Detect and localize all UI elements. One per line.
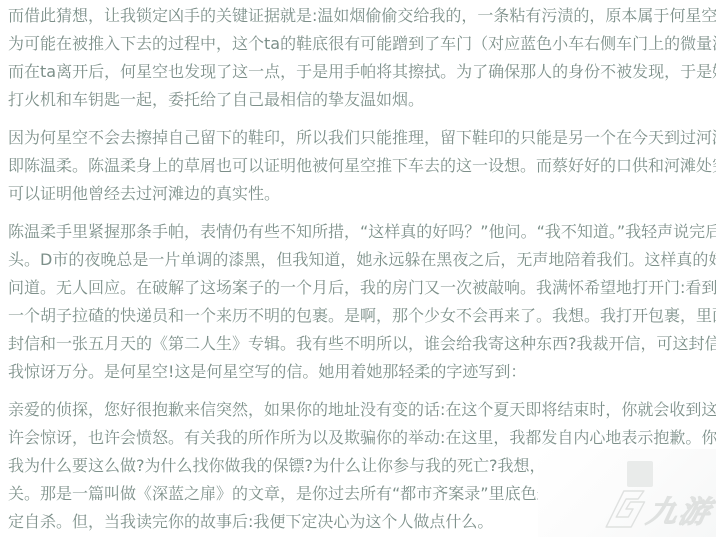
text-line: 可以证明他曾经去过河滩边的真实性。 [8,180,708,208]
paragraph: 陈温柔手里紧握那条手帕，表情仍有些不知所措，“这样真的好吗？”他问。“我不知道。… [8,218,708,386]
watermark-brand-text: 九游 [643,487,716,531]
text-line: 我惊讶万分。是何星空!这是何星空写的信。她用着她那轻柔的字迹写到： [8,358,708,386]
text-line: 为可能在被推入下去的过程中，这个ta的鞋底很有可能蹭到了车门（对应蓝色小车右侧车… [8,30,708,58]
text-line: 封信和一张五月天的《第二人生》专辑。我有些不明所以，谁会给我寄这种东西?我裁开信… [8,330,708,358]
jiuyou-logo-icon [601,487,650,531]
watermark-overlay: 九游 [538,449,716,537]
text-line: 陈温柔手里紧握那条手帕，表情仍有些不知所措，“这样真的好吗？”他问。“我不知道。… [8,218,708,246]
text-line: 一个胡子拉碴的快递员和一个来历不明的包裹。是啊，那个少女不会再来了。我想。我打开… [8,302,708,330]
text-line: 而借此猜想，让我锁定凶手的关键证据就是:温如烟偷偷交给我的，一条粘有污渍的，原本… [8,2,708,30]
text-line: 即陈温柔。陈温柔身上的草屑也可以证明他被何星空推下车去的这一设想。而蔡好好的口供… [8,152,708,180]
text-line: 因为何星空不会去擦掉自己留下的鞋印，所以我们只能推理，留下鞋印的只能是另一个在今… [8,124,708,152]
text-line: 许会惊讶，也许会愤怒。有关我的所作所为以及欺骗你的举动:在这里，我都发自内心地表… [8,424,708,452]
paragraph: 而借此猜想，让我锁定凶手的关键证据就是:温如烟偷偷交给我的，一条粘有污渍的，原本… [8,2,708,114]
text-line: 亲爱的侦探，您好很抱歉来信突然，如果你的地址没有变的话:在这个夏天即将结束时，你… [8,396,708,424]
watermark-placeholder-square [627,461,653,487]
text-line: 问道。无人回应。在破解了这场案子的一个月后，我的房门又一次被敲响。我满怀希望地打… [8,274,708,302]
watermark-brand: 九游 [601,487,716,531]
paragraph: 因为何星空不会去擦掉自己留下的鞋印，所以我们只能推理，留下鞋印的只能是另一个在今… [8,124,708,208]
article-page: 而借此猜想，让我锁定凶手的关键证据就是:温如烟偷偷交给我的，一条粘有污渍的，原本… [0,0,716,537]
text-line: 头。D市的夜晚总是一片单调的漆黑，但我知道，她永远躲在黑夜之后，无声地陪着我们。… [8,246,708,274]
text-line: 而在ta离开后，何星空也发现了这一点，于是用手帕将其擦拭。为了确保那人的身份不被… [8,58,708,86]
text-line: 打火机和车钥匙一起，委托给了自己最相信的挚友温如烟。 [8,86,708,114]
